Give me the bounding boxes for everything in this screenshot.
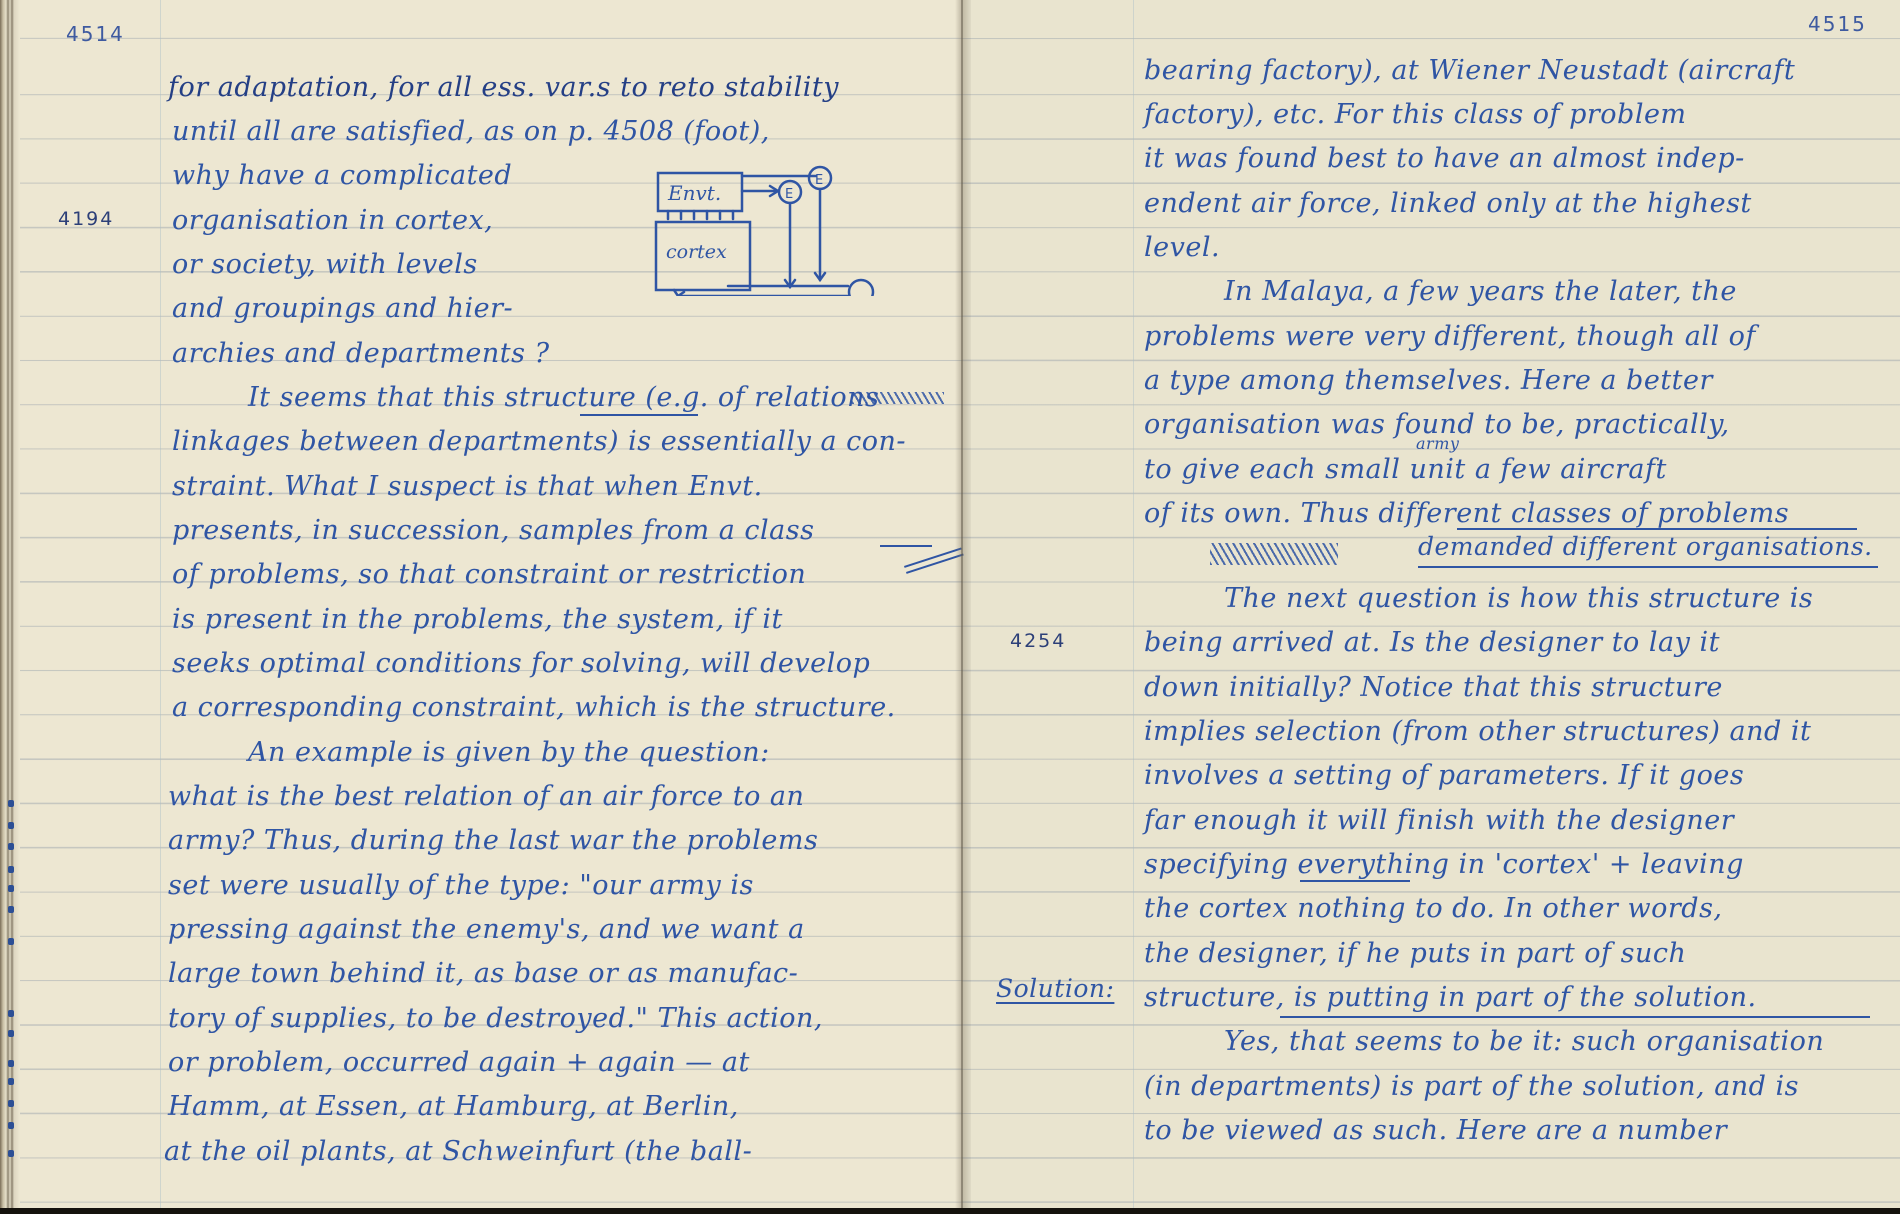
text-line: archies and departments ? — [172, 338, 550, 369]
text-line: tory of supplies, to be destroyed." This… — [168, 1003, 823, 1034]
text-line: The next question is how this structure … — [1224, 583, 1813, 614]
notebook-spread: 4514 4194 for adaptation, for all ess. v… — [0, 0, 1900, 1208]
text-line: involves a setting of parameters. If it … — [1144, 760, 1744, 791]
right-page: 4515 4254 Solution: bearing factory), at… — [962, 0, 1900, 1208]
crossed-out-summary — [1210, 543, 1338, 565]
text-line: Yes, that seems to be it: such organisat… — [1224, 1026, 1824, 1057]
text-line: Hamm, at Essen, at Hamburg, at Berlin, — [168, 1091, 739, 1122]
text-line: pressing against the enemy's, and we wan… — [168, 914, 805, 945]
left-margin-line — [160, 0, 161, 1208]
text-line: level. — [1144, 232, 1220, 263]
left-page: 4514 4194 for adaptation, for all ess. v… — [0, 0, 962, 1208]
margin-reference: 4194 — [58, 208, 114, 230]
text-line: set were usually of the type: "our army … — [168, 870, 754, 901]
text-line: of problems, so that constraint or restr… — [172, 559, 806, 590]
inserted-word: army — [1416, 434, 1459, 453]
text-line: the cortex nothing to do. In other words… — [1144, 893, 1723, 924]
text-line: is present in the problems, the system, … — [172, 604, 783, 635]
diagram-node-e2: E — [815, 173, 823, 188]
text-line: seeks optimal conditions for solving, wi… — [172, 648, 870, 679]
text-line: and groupings and hier- — [172, 293, 513, 324]
underline-class — [880, 545, 932, 547]
diagram-label-envt: Envt. — [667, 181, 721, 205]
text-line: what is the best relation of an air forc… — [168, 781, 804, 812]
text-line: for adaptation, for all ess. var.s to re… — [168, 72, 839, 103]
text-line: large town behind it, as base or as manu… — [168, 958, 798, 989]
text-line: to be viewed as such. Here are a number — [1144, 1115, 1727, 1146]
text-line: far enough it will finish with the desig… — [1144, 805, 1734, 836]
text-line: at the oil plants, at Schweinfurt (the b… — [164, 1136, 752, 1167]
text-line: to give each small unit a few aircraft — [1144, 454, 1667, 485]
crossed-out-word — [852, 392, 944, 404]
text-line: why have a complicated — [172, 160, 512, 191]
page-number: 4515 — [1808, 12, 1867, 36]
envt-cortex-diagram: Envt. cortex E E — [648, 156, 888, 296]
text-line: down initially? Notice that this structu… — [1144, 672, 1723, 703]
text-line: a corresponding constraint, which is the… — [172, 692, 896, 723]
diagram-node-e1: E — [785, 187, 793, 202]
text-line: It seems that this structure (e.g. of re… — [248, 382, 879, 413]
margin-reference: 4254 — [1010, 630, 1066, 652]
text-line: being arrived at. Is the designer to lay… — [1144, 627, 1720, 658]
underline-different-classes — [1457, 528, 1857, 530]
text-line: or society, with levels — [172, 249, 478, 280]
scan-edge — [0, 1208, 1900, 1214]
text-line: In Malaya, a few years the later, the — [1224, 276, 1737, 307]
text-line: implies selection (from other structures… — [1144, 716, 1811, 747]
underline-demanded — [1418, 566, 1878, 568]
text-line: until all are satisfied, as on p. 4508 (… — [172, 116, 770, 147]
underline-structure — [580, 414, 698, 416]
text-line: of its own. Thus different classes of pr… — [1144, 498, 1789, 529]
underline-everything — [1300, 880, 1410, 882]
book-gutter — [955, 0, 971, 1208]
text-line: linkages between departments) is essenti… — [172, 426, 906, 457]
spiral-binding — [0, 0, 20, 1208]
text-line: factory), etc. For this class of problem — [1144, 99, 1687, 130]
text-line: a type among themselves. Here a better — [1144, 365, 1713, 396]
margin-solution-label: Solution: — [996, 974, 1114, 1003]
text-line: the designer, if he puts in part of such — [1144, 938, 1686, 969]
text-line: army? Thus, during the last war the prob… — [168, 825, 818, 856]
text-line: presents, in succession, samples from a … — [172, 515, 814, 546]
text-line: it was found best to have an almost inde… — [1144, 143, 1745, 174]
text-line: bearing factory), at Wiener Neustadt (ai… — [1144, 55, 1795, 86]
text-line: straint. What I suspect is that when Env… — [172, 471, 763, 502]
text-line: demanded different organisations. — [1418, 532, 1873, 561]
text-line: problems were very different, though all… — [1144, 321, 1756, 352]
text-line: specifying everything in 'cortex' + leav… — [1144, 849, 1744, 880]
text-line: structure, is putting in part of the sol… — [1144, 982, 1757, 1013]
underline-solution-phrase — [1280, 1016, 1870, 1018]
text-line: An example is given by the question: — [248, 737, 770, 768]
text-line: (in departments) is part of the solution… — [1144, 1071, 1799, 1102]
text-line: endent air force, linked only at the hig… — [1144, 188, 1752, 219]
text-line: organisation in cortex, — [172, 205, 493, 236]
page-number: 4514 — [66, 22, 125, 46]
text-line: or problem, occurred again + again — at — [168, 1047, 750, 1078]
right-margin-line — [1133, 0, 1134, 1208]
diagram-label-cortex: cortex — [666, 241, 727, 263]
